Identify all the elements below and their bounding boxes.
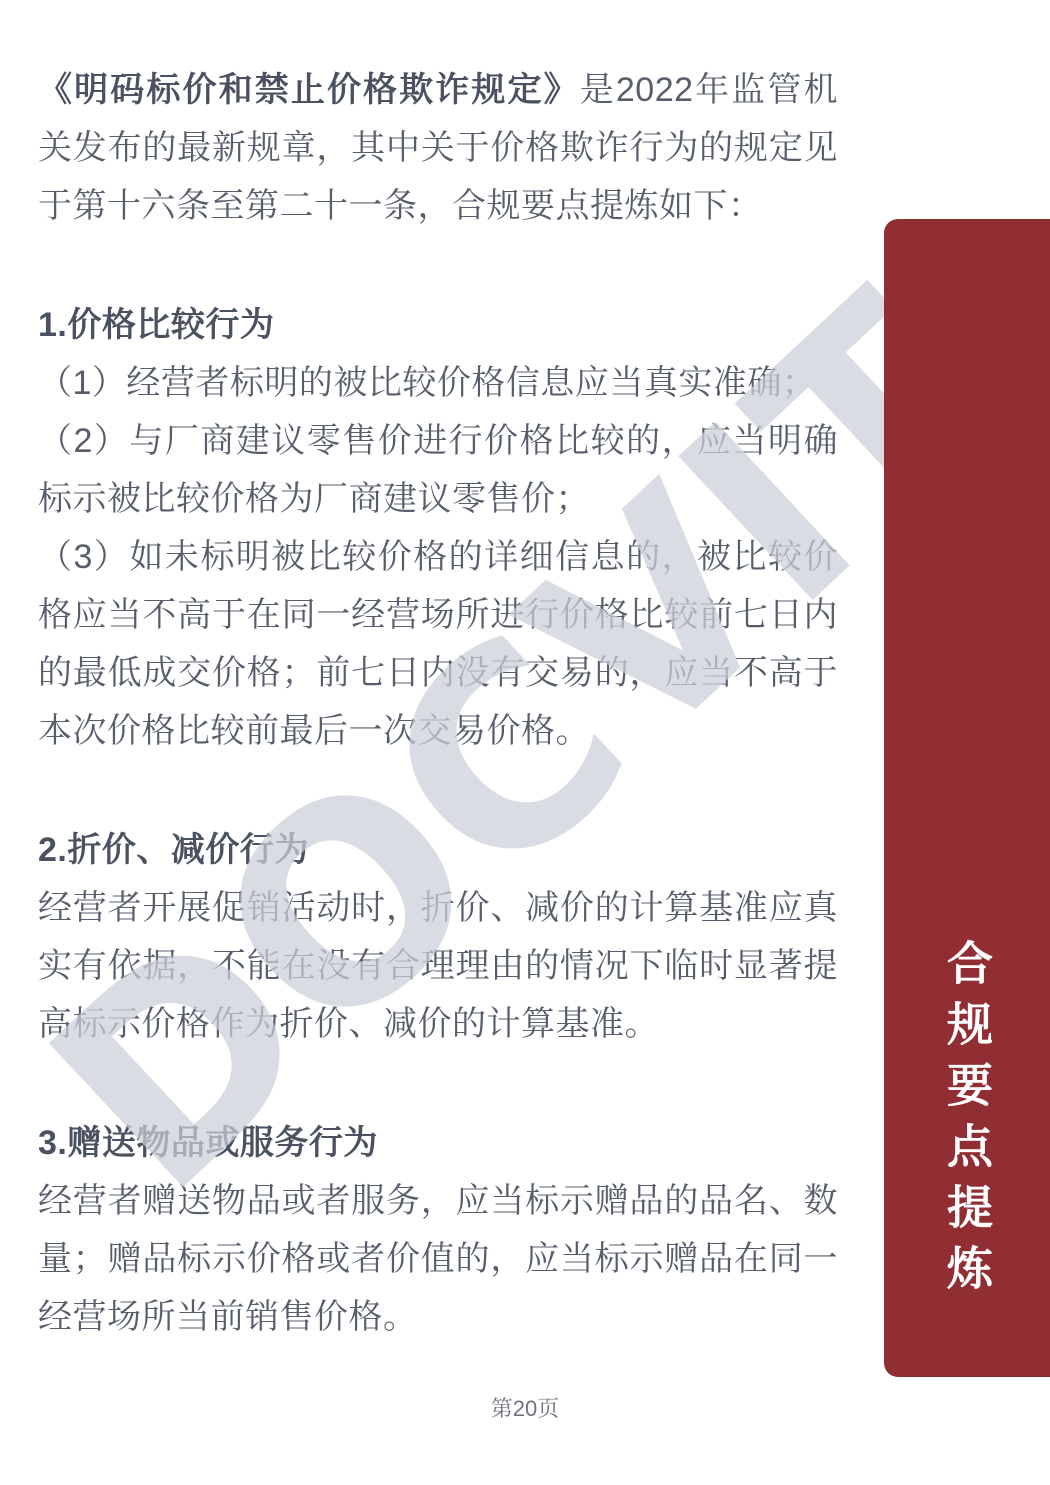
sidebar-vertical-label: 合规要点提炼	[944, 939, 990, 1305]
page-footer: 第20页	[0, 1392, 1050, 1423]
document-page: DOCVIT 《明码标价和禁止价格欺诈规定》是2022年监管机关发布的最新规章，…	[0, 0, 1050, 1485]
section-2-body: 经营者开展促销活动时，折价、减价的计算基准应真实有依据，不能在没有合理理由的情况…	[38, 879, 838, 1053]
section-3-heading: 3.赠送物品或服务行为	[38, 1114, 838, 1172]
regulation-title: 《明码标价和禁止价格欺诈规定》	[38, 71, 580, 109]
section-discount-reduction: 2.折价、减价行为 经营者开展促销活动时，折价、减价的计算基准应真实有依据，不能…	[38, 821, 838, 1053]
section-1-item-1: （1）经营者标明的被比较价格信息应当真实准确；	[38, 354, 838, 412]
intro-paragraph: 《明码标价和禁止价格欺诈规定》是2022年监管机关发布的最新规章，其中关于价格欺…	[38, 61, 838, 235]
section-1-item-3: （3）如未标明被比较价格的详细信息的，被比较价格应当不高于在同一经营场所进行价格…	[38, 528, 838, 760]
section-1-heading: 1.价格比较行为	[38, 296, 838, 354]
compliance-sidebar-tab: 合规要点提炼	[884, 219, 1050, 1377]
section-1-item-2: （2）与厂商建议零售价进行价格比较的，应当明确标示被比较价格为厂商建议零售价；	[38, 412, 838, 528]
main-content: 《明码标价和禁止价格欺诈规定》是2022年监管机关发布的最新规章，其中关于价格欺…	[38, 61, 838, 1346]
section-2-heading: 2.折价、减价行为	[38, 821, 838, 879]
page-number: 第20页	[491, 1396, 559, 1421]
section-gift-goods-services: 3.赠送物品或服务行为 经营者赠送物品或者服务，应当标示赠品的品名、数量；赠品标…	[38, 1114, 838, 1346]
section-price-comparison: 1.价格比较行为 （1）经营者标明的被比较价格信息应当真实准确； （2）与厂商建…	[38, 296, 838, 760]
section-3-body: 经营者赠送物品或者服务，应当标示赠品的品名、数量；赠品标示价格或者价值的，应当标…	[38, 1172, 838, 1346]
